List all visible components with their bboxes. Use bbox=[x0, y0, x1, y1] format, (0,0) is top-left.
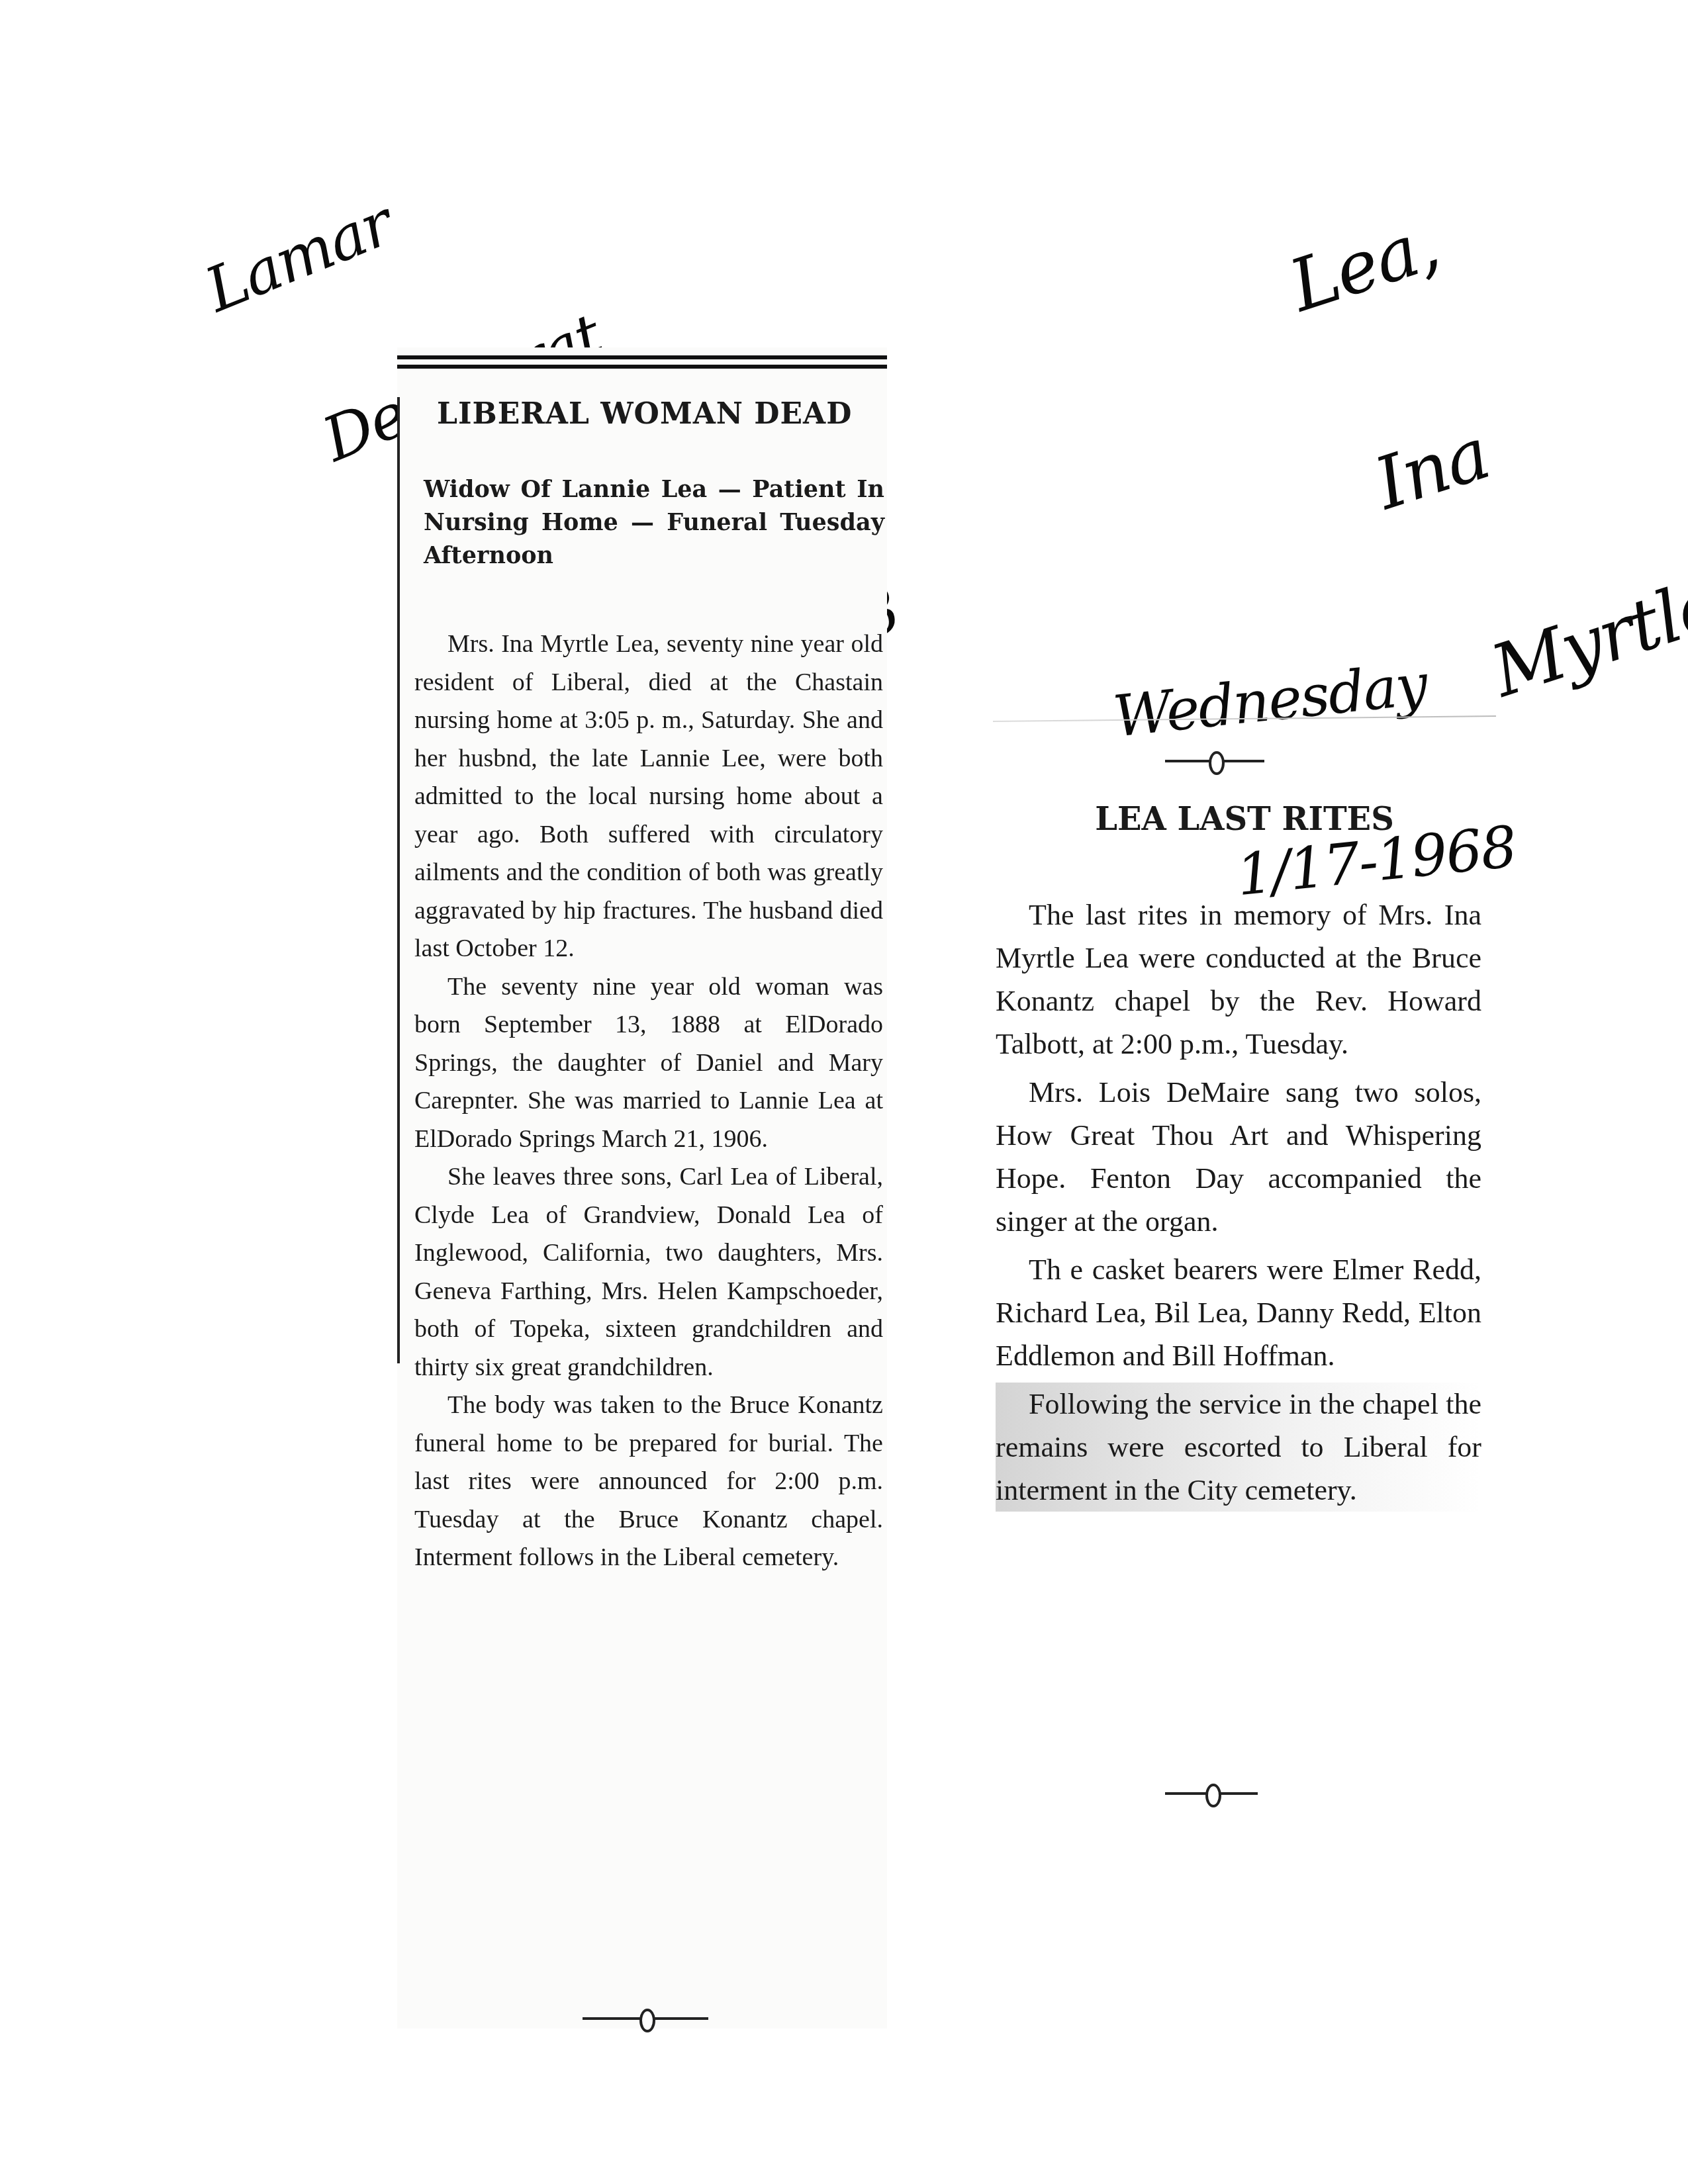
end-mark-dingbat bbox=[1165, 1784, 1258, 1803]
last-rites-paragraph: Mrs. Lois DeMaire sang two solos, How Gr… bbox=[996, 1071, 1481, 1243]
double-rule-divider bbox=[397, 355, 887, 371]
last-rites-clipping: LEA LAST RITES The last rites in memory … bbox=[993, 718, 1496, 1843]
obituary-headline: LIBERAL WOMAN DEAD bbox=[437, 397, 887, 431]
obituary-paragraph: The body was taken to the Bruce Konantz … bbox=[414, 1387, 883, 1577]
section-dingbat bbox=[1165, 751, 1264, 771]
obituary-clipping: LIBERAL WOMAN DEAD Widow Of Lannie Lea —… bbox=[397, 347, 887, 2028]
handwritten-line: Lamar bbox=[198, 71, 702, 322]
obituary-paragraph: Mrs. Ina Myrtle Lea, seventy nine year o… bbox=[414, 625, 883, 968]
last-rites-headline: LEA LAST RITES bbox=[993, 801, 1496, 838]
obituary-body: Mrs. Ina Myrtle Lea, seventy nine year o… bbox=[414, 625, 883, 1577]
column-rule bbox=[397, 397, 400, 1363]
last-rites-paragraph: The last rites in memory of Mrs. Ina Myr… bbox=[996, 893, 1481, 1066]
obituary-paragraph: She leaves three sons, Carl Lea of Liber… bbox=[414, 1158, 883, 1387]
obituary-paragraph: The seventy nine year old woman was born… bbox=[414, 968, 883, 1159]
last-rites-body: The last rites in memory of Mrs. Ina Myr… bbox=[996, 893, 1481, 1517]
end-mark-dingbat bbox=[583, 2009, 708, 2028]
obituary-subhead: Widow Of Lannie Lea — Patient In Nursing… bbox=[424, 473, 884, 572]
last-rites-paragraph: Following the service in the chapel the … bbox=[996, 1383, 1481, 1512]
last-rites-paragraph: Th e casket bearers were Elmer Redd, Ric… bbox=[996, 1248, 1481, 1377]
handwritten-line: Lea, bbox=[1282, 160, 1596, 323]
handwritten-line: Ina bbox=[1348, 364, 1662, 527]
